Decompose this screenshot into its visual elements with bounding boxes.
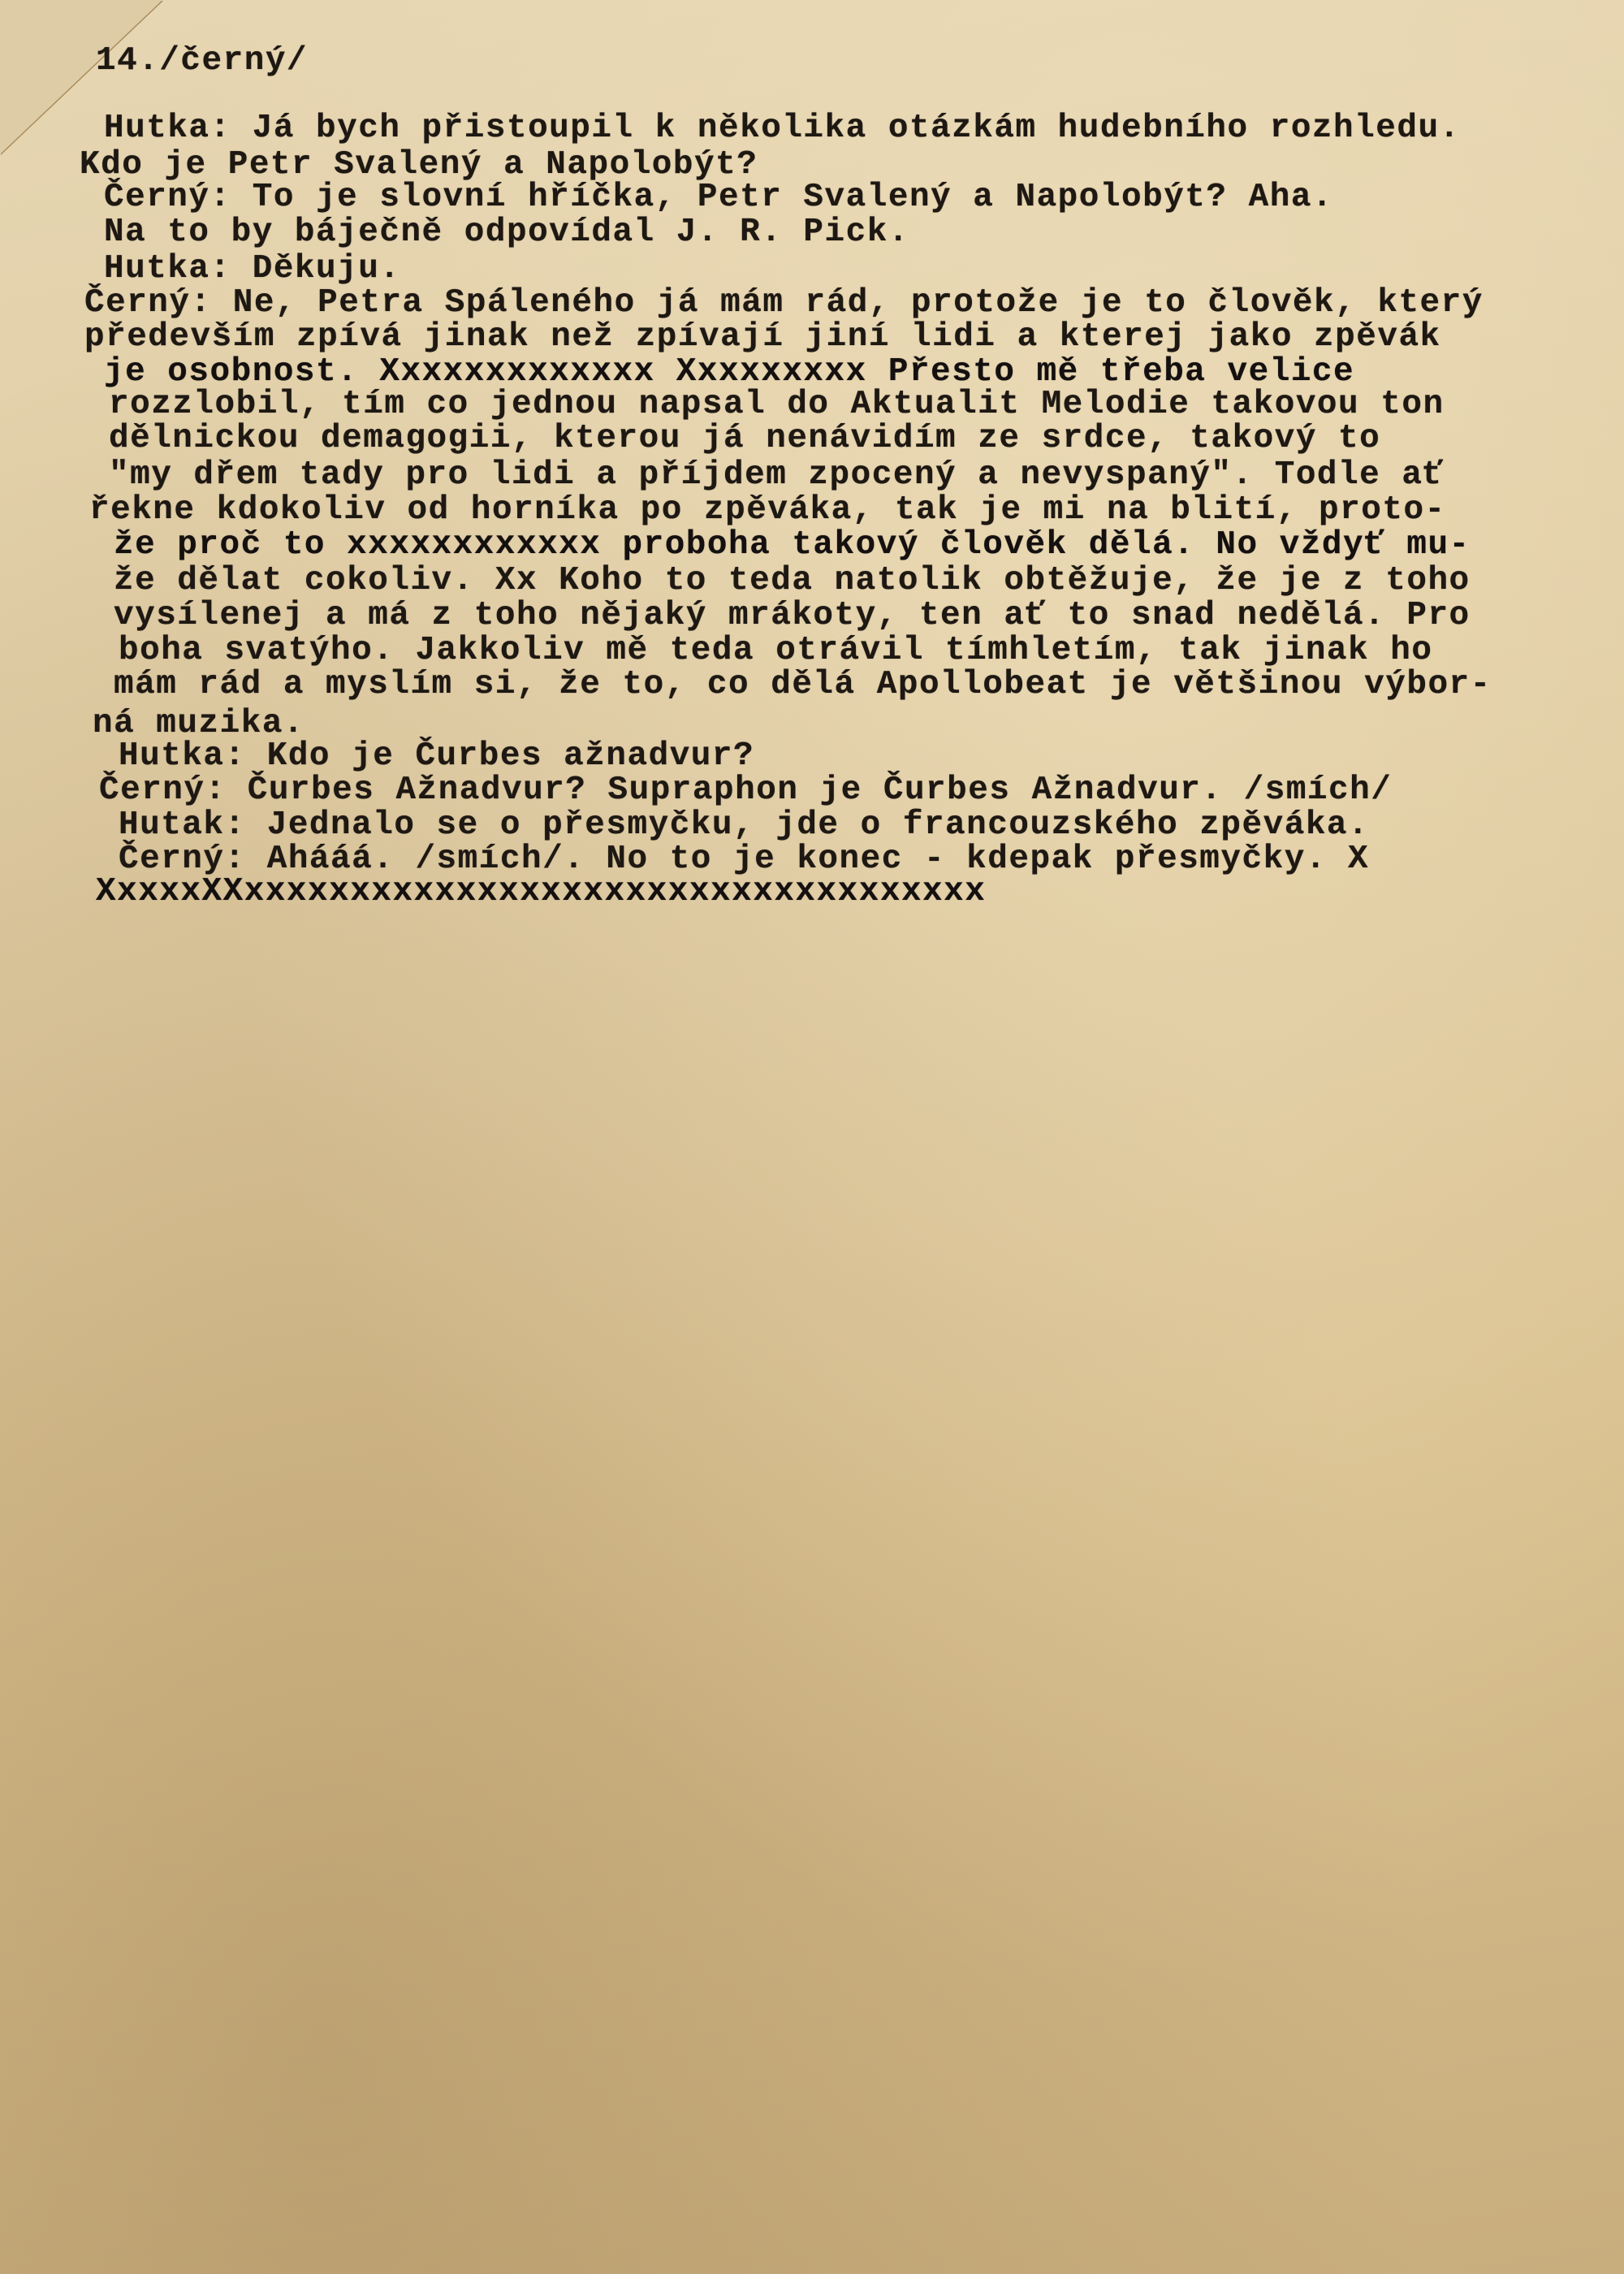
document-heading: 14./černý/: [96, 42, 308, 80]
transcript-line: "my dřem tady pro lidi a příjdem zpocený…: [109, 456, 1445, 494]
transcript-line: především zpívá jinak než zpívají jiní l…: [84, 318, 1441, 356]
transcript-line: vysílenej a má z toho nějaký mrákoty, te…: [114, 597, 1471, 634]
transcript-line: Na to by báječně odpovídal J. R. Pick.: [104, 214, 909, 251]
transcript-line: Černý: Ne, Petra Spáleného já mám rád, p…: [84, 284, 1484, 322]
transcript-line: Hutka: Kdo je Čurbes ažnadvur?: [119, 737, 754, 775]
transcript-line: Hutka: Já bych přistoupil k několika otá…: [104, 110, 1461, 147]
typewritten-page: 14./černý/ Hutka: Já bych přistoupil k n…: [0, 0, 1624, 2274]
transcript-line: Hutka: Děkuju.: [104, 250, 400, 287]
transcript-line: řekne kdokoliv od horníka po zpěváka, ta…: [89, 491, 1446, 529]
transcript-line: dělnickou demagogii, kterou já nenávidím…: [109, 420, 1380, 457]
transcript-line: Hutak: Jednalo se o přesmyčku, jde o fra…: [119, 806, 1369, 844]
transcript-line: mám rád a myslím si, že to, co dělá Apol…: [114, 666, 1492, 703]
transcript-line: že proč to xxxxxxxxxxxx proboha takový č…: [114, 526, 1471, 564]
transcript-line: že dělat cokoliv. Xx Koho to teda natoli…: [114, 562, 1471, 599]
transcript-line: XxxxxXXxxxxxxxxxxxxxxxxxxxxxxxxxxxxxxxxx…: [96, 873, 986, 910]
transcript-line: Černý: Čurbes Ažnadvur? Supraphon je Čur…: [99, 772, 1392, 809]
transcript-line: boha svatýho. Jakkoliv mě teda otrávil t…: [119, 632, 1432, 669]
transcript-line: Černý: To je slovní hříčka, Petr Svalený…: [104, 179, 1333, 216]
transcript-line: rozzlobil, tím co jednou napsal do Aktua…: [109, 386, 1445, 423]
